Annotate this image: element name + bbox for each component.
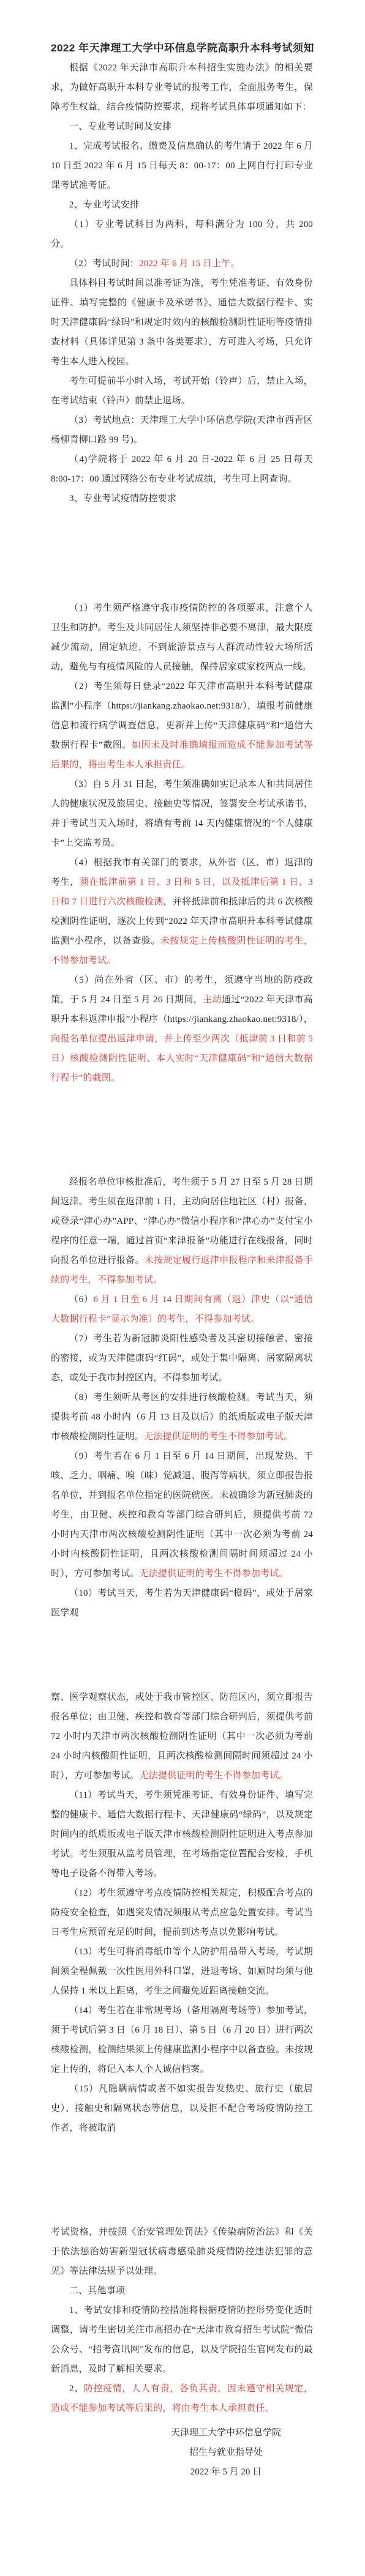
body-text: 察、医学观察状态，或处于我市管控区、防范区内，须立即报告报名单位；由卫健、疾控和… <box>51 1692 313 1781</box>
emphasis-red-text: 防控疫情，人人有责，各负其责，因未遵守相关规定，造成不能参加考试等后果的，将由考… <box>51 2384 313 2413</box>
body-text: （3）考试地点：天津理工大学中环信息学院(天津市西青区杨柳青柳口路 99 号)。 <box>51 415 313 445</box>
body-text: 3、专业考试疫情防控要求 <box>69 494 176 504</box>
paragraph: （3）自 5 月 31 日起，考生须准确如实记录本人和共同居住人的健康状况及旅居… <box>51 775 313 853</box>
paragraph: （3）考试地点：天津理工大学中环信息学院(天津市西青区杨柳青柳口路 99 号)。 <box>51 411 313 450</box>
paragraph: （5）尚在外省（区、市）的考生，须遵守当地的防疫政策，于 5 月 24 日至 5… <box>51 970 313 1088</box>
paragraph-continuation: 察、医学观察状态，或处于我市管控区、防范区内，须立即报告报名单位；由卫健、疾控和… <box>51 1688 313 1785</box>
body-text: 根据《2022 年天津市高职升本科招生实施办法》的相关要求，为做好高职升本科专业… <box>51 63 313 112</box>
body-text: 1、完成考试报名、缴费及信息确认的考生请于 2022 年 6 月 10 日至 2… <box>51 141 313 190</box>
paragraph: （15）凡隐瞒病情或者不如实报告发热史、旅行史（旅居史）、接触史和隔离状态等信息… <box>51 2079 313 2138</box>
page-break-gap <box>51 508 313 598</box>
section-heading: 一、专业考试时间及安排 <box>51 117 313 136</box>
page-break-gap <box>51 1623 313 1688</box>
body-text: 2、 <box>69 2384 84 2394</box>
body-text: （1）专业考试科目为两科，每科满分为 100 分，共 200 分。 <box>51 220 313 249</box>
body-text: 经报名单位审核批准后，考生须于 5 月 27 日至 5 月 28 日期间返津。考… <box>51 1177 313 1265</box>
paragraph: （9）考生若在 6 月 1 日至 6 月 14 日期间，出现发热、干咳、乏力、咽… <box>51 1446 313 1584</box>
body-text: （1）考生须严格遵守我市疫情防控的各项要求，注意个人卫生和防护。考生及共同居住人… <box>51 603 313 672</box>
paragraph: 2、防控疫情，人人有责，各负其责，因未遵守相关规定，造成不能参加考试等后果的，将… <box>51 2379 313 2418</box>
paragraph: （7）考生若为新冠肺炎阳性感染者及其密切接触者、密接的密接，或为天津健康码“红码… <box>51 1329 313 1388</box>
body-text: （11）考试当天，考生须凭准考证、有效身份证件、填写完整的健康卡、通信大数据行程… <box>51 1790 313 1878</box>
paragraph: 根据《2022 年天津市高职升本科招生实施办法》的相关要求，为做好高职升本科专业… <box>51 58 313 117</box>
body-text: （7）考生若为新冠肺炎阳性感染者及其密切接触者、密接的密接，或为天津健康码“红码… <box>51 1334 313 1383</box>
section-heading: 二、其他事项 <box>51 2281 313 2301</box>
emphasis-red-text: 向报名单位提出返津申请，并上传至少两次（抵津前 3 日和前 5 日）核酸检测阴性… <box>51 1034 313 1083</box>
paragraph: （4)学院将于 2022 年 6 月 20 日-2022 年 6 月 25 日每… <box>51 450 313 489</box>
emphasis-red-text: 无法提供证明的考生不得参加考试。 <box>144 1432 293 1442</box>
paragraph: 经报名单位审核批准后，考生须于 5 月 27 日至 5 月 28 日期间返津。考… <box>51 1172 313 1290</box>
body-text: （3）自 5 月 31 日起，考生须准确如实记录本人和共同居住人的健康状况及旅居… <box>51 780 313 848</box>
paragraph: （12）考生须遵守考点疫情防控相关规定，积极配合考点的防疫安全检查，如遇突发情况… <box>51 1883 313 1942</box>
signature-dept: 招生与就业指导处 <box>171 2443 281 2462</box>
paragraph: 1、考试安排和疫情防控措施将根据疫情防控形势变化适时调整，请考生密切关注市高招办… <box>51 2301 313 2379</box>
paragraph: （1）专业考试科目为两科，每科满分为 100 分，共 200 分。 <box>51 215 313 254</box>
paragraph: （8）考生须听从考区的安排进行核酸检测。考试当天，须提供考前 48 小时内（6 … <box>51 1388 313 1446</box>
emphasis-red-text: 主动 <box>203 995 222 1005</box>
paragraph: （6）6 月 1 日至 6 月 14 日期间有离（返）津史（以“通信大数据行程卡… <box>51 1290 313 1329</box>
paragraph: （2）考生须每日登录“2022 年天津市高职升本科考试健康监测”小程序（http… <box>51 677 313 775</box>
body-text: （10）考试当天，考生若为天津健康码“橙码”，或处于居家医学观 <box>51 1588 313 1618</box>
paragraph: （2）考试时间：2022 年 6 月 15 日上午。 <box>51 254 313 274</box>
paragraph: （14）考生若在非常规考场（备用隔离考场等）参加考试，须于考试后第 3 日（6 … <box>51 2001 313 2079</box>
body-text: 二、其他事项 <box>69 2286 125 2296</box>
paragraph: （10）考试当天，考生若为天津健康码“橙码”，或处于居家医学观 <box>51 1584 313 1623</box>
body-text: 考试资格，并按照《治安管理处罚法》《传染病防治法》和《关于依法惩治妨害新型冠状病… <box>51 2227 313 2276</box>
body-text: 具体科目考试时间以准考证为准，考生凭准考证、有效身份证件、填写完整的《健康卡及承… <box>51 278 313 367</box>
paragraph: （11）考试当天，考生须凭准考证、有效身份证件、填写完整的健康卡、通信大数据行程… <box>51 1785 313 1883</box>
body-text: （15）凡隐瞒病情或者不如实报告发热史、旅行史（旅居史）、接触史和隔离状态等信息… <box>51 2084 313 2133</box>
document-page: 2022 年天津理工大学中环信息学院高职升本科考试须知 根据《2022 年天津市… <box>0 0 365 2576</box>
document-title: 2022 年天津理工大学中环信息学院高职升本科考试须知 <box>51 39 313 58</box>
paragraph-continuation: 考试资格，并按照《治安管理处罚法》《传染病防治法》和《关于依法惩治妨害新型冠状病… <box>51 2222 313 2281</box>
paragraph: （13）考生可将消毒纸巾等个人防护用品带入考场，考试期间须全程佩戴一次性医用外科… <box>51 1942 313 2001</box>
page-break-gap <box>51 2418 313 2423</box>
body-text: （9）考生若在 6 月 1 日至 6 月 14 日期间，出现发热、干咳、乏力、咽… <box>51 1451 313 1579</box>
body-text: 1、考试安排和疫情防控措施将根据疫情防控形势变化适时调整，请考生密切关注市高招办… <box>51 2306 313 2374</box>
emphasis-red-text: 无法提供证明的考生不得参加考试。 <box>140 1569 288 1579</box>
body-text: （2）考试时间： <box>69 259 139 269</box>
page-break-gap <box>51 2138 313 2222</box>
body-text: 考生可提前半小时入场，考试开始（铃声）后，禁止入场，在考试结束（铃声）前禁止退场… <box>51 376 313 406</box>
paragraph: （1）考生须严格遵守我市疫情防控的各项要求，注意个人卫生和防护。考生及共同居住人… <box>51 598 313 677</box>
paragraph: （4）根据我市有关部门的要求，从外省（区、市）返津的考生，须在抵津前第 1 日、… <box>51 853 313 970</box>
body-text: 一、专业考试时间及安排 <box>69 122 171 132</box>
body-text: （14）考生若在非常规考场（备用隔离考场等）参加考试，须于考试后第 3 日（6 … <box>51 2006 313 2074</box>
paragraph: 具体科目考试时间以准考证为准，考生凭准考证、有效身份证件、填写完整的《健康卡及承… <box>51 274 313 371</box>
body-text: （13）考生可将消毒纸巾等个人防护用品带入考场，考试期间须全程佩戴一次性医用外科… <box>51 1947 313 1996</box>
paragraph: 3、专业考试疫情防控要求 <box>51 489 313 508</box>
document-body: 根据《2022 年天津市高职升本科招生实施办法》的相关要求，为做好高职升本科专业… <box>51 58 313 2423</box>
paragraph: 2、专业考试安排 <box>51 195 313 215</box>
signature-org: 天津理工大学中环信息学院 <box>171 2423 281 2443</box>
signature-block: 天津理工大学中环信息学院 招生与就业指导处 2022 年 5 月 20 日 <box>171 2423 281 2482</box>
emphasis-red-text: 2022 年 6 月 15 日上午。 <box>139 259 240 269</box>
body-text: （12）考生须遵守考点疫情防控相关规定，积极配合考点的防疫安全检查，如遇突发情况… <box>51 1888 313 1937</box>
body-text: 2、专业考试安排 <box>69 200 139 210</box>
body-text: （4)学院将于 2022 年 6 月 20 日-2022 年 6 月 25 日每… <box>51 455 313 484</box>
paragraph: 1、完成考试报名、缴费及信息确认的考生请于 2022 年 6 月 10 日至 2… <box>51 136 313 195</box>
emphasis-red-text: 无法提供证明的考生不得参加考试。 <box>140 1771 288 1781</box>
body-text: （6） <box>69 1295 94 1305</box>
paragraph: 考生可提前半小时入场，考试开始（铃声）后，禁止入场，在考试结束（铃声）前禁止退场… <box>51 371 313 411</box>
page-break-gap <box>51 1088 313 1172</box>
signature-date: 2022 年 5 月 20 日 <box>171 2462 281 2482</box>
